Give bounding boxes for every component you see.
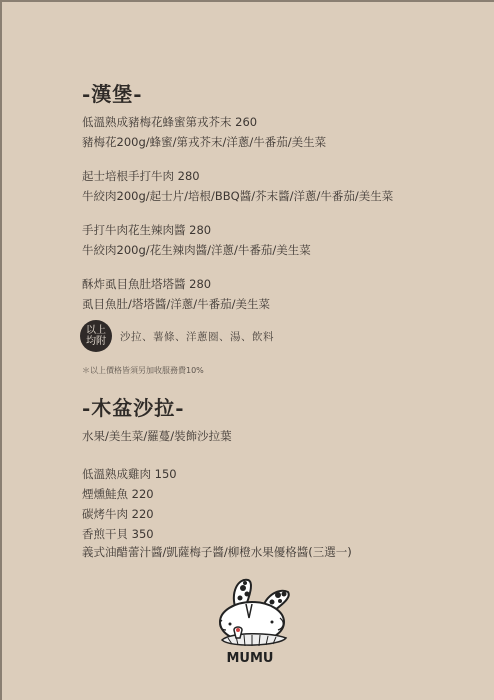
burger-item: 低溫熟成豬梅花蜂蜜第戎芥末 260 豬梅花200g/蜂蜜/第戎芥末/洋蔥/牛番茄… <box>82 112 482 152</box>
includes-badge: 以上 均附 <box>80 320 112 352</box>
includes-row: 以上 均附 沙拉、薯條、洋蔥圈、湯、飲料 <box>80 320 482 352</box>
mumu-mascot-logo: MUMU <box>200 572 300 667</box>
burger-item: 起士培根手打牛肉 280 牛絞肉200g/起士片/培根/BBQ醬/芥末醬/洋蔥/… <box>82 166 482 206</box>
salad-dressing: 義式油醋蕾汁醬/凱薩梅子醬/柳橙水果優格醬(三選一) <box>82 542 482 562</box>
badge-line-2: 均附 <box>86 336 106 347</box>
burger-section-title: -漢堡- <box>82 80 482 108</box>
service-charge-note: ＊以上價格皆須另加收服務費10% <box>82 364 482 378</box>
burger-item-desc: 牛絞肉200g/花生辣肉醬/洋蔥/牛番茄/美生菜 <box>82 240 482 260</box>
burger-item-desc: 虱目魚肚/塔塔醬/洋蔥/牛番茄/美生菜 <box>82 294 482 314</box>
salad-item: 香煎干貝 350 <box>82 524 482 544</box>
burger-item: 手打牛肉花生辣肉醬 280 牛絞肉200g/花生辣肉醬/洋蔥/牛番茄/美生菜 <box>82 220 482 260</box>
burger-item-name: 低溫熟成豬梅花蜂蜜第戎芥末 260 <box>82 112 482 132</box>
burger-item-name: 手打牛肉花生辣肉醬 280 <box>82 220 482 240</box>
menu-page: -漢堡- 低溫熟成豬梅花蜂蜜第戎芥末 260 豬梅花200g/蜂蜜/第戎芥末/洋… <box>82 80 482 562</box>
salad-item: 煙燻鮭魚 220 <box>82 484 482 504</box>
burger-item-desc: 豬梅花200g/蜂蜜/第戎芥末/洋蔥/牛番茄/美生菜 <box>82 132 482 152</box>
salad-item: 碳烤牛肉 220 <box>82 504 482 524</box>
badge-line-1: 以上 <box>86 325 106 336</box>
svg-text:MUMU: MUMU <box>227 651 274 666</box>
burger-item: 酥炸虱目魚肚塔塔醬 280 虱目魚肚/塔塔醬/洋蔥/牛番茄/美生菜 <box>82 274 482 314</box>
page-border-top <box>0 0 494 2</box>
salad-section-title: -木盆沙拉- <box>82 394 482 422</box>
burger-item-name: 酥炸虱目魚肚塔塔醬 280 <box>82 274 482 294</box>
burger-item-name: 起士培根手打牛肉 280 <box>82 166 482 186</box>
includes-text: 沙拉、薯條、洋蔥圈、湯、飲料 <box>120 329 274 344</box>
salad-base: 水果/美生菜/羅蔓/裝飾沙拉葉 <box>82 426 482 446</box>
burger-item-desc: 牛絞肉200g/起士片/培根/BBQ醬/芥末醬/洋蔥/牛番茄/美生菜 <box>82 186 482 206</box>
page-border-left <box>0 0 2 700</box>
salad-item: 低溫熟成雞肉 150 <box>82 464 482 484</box>
